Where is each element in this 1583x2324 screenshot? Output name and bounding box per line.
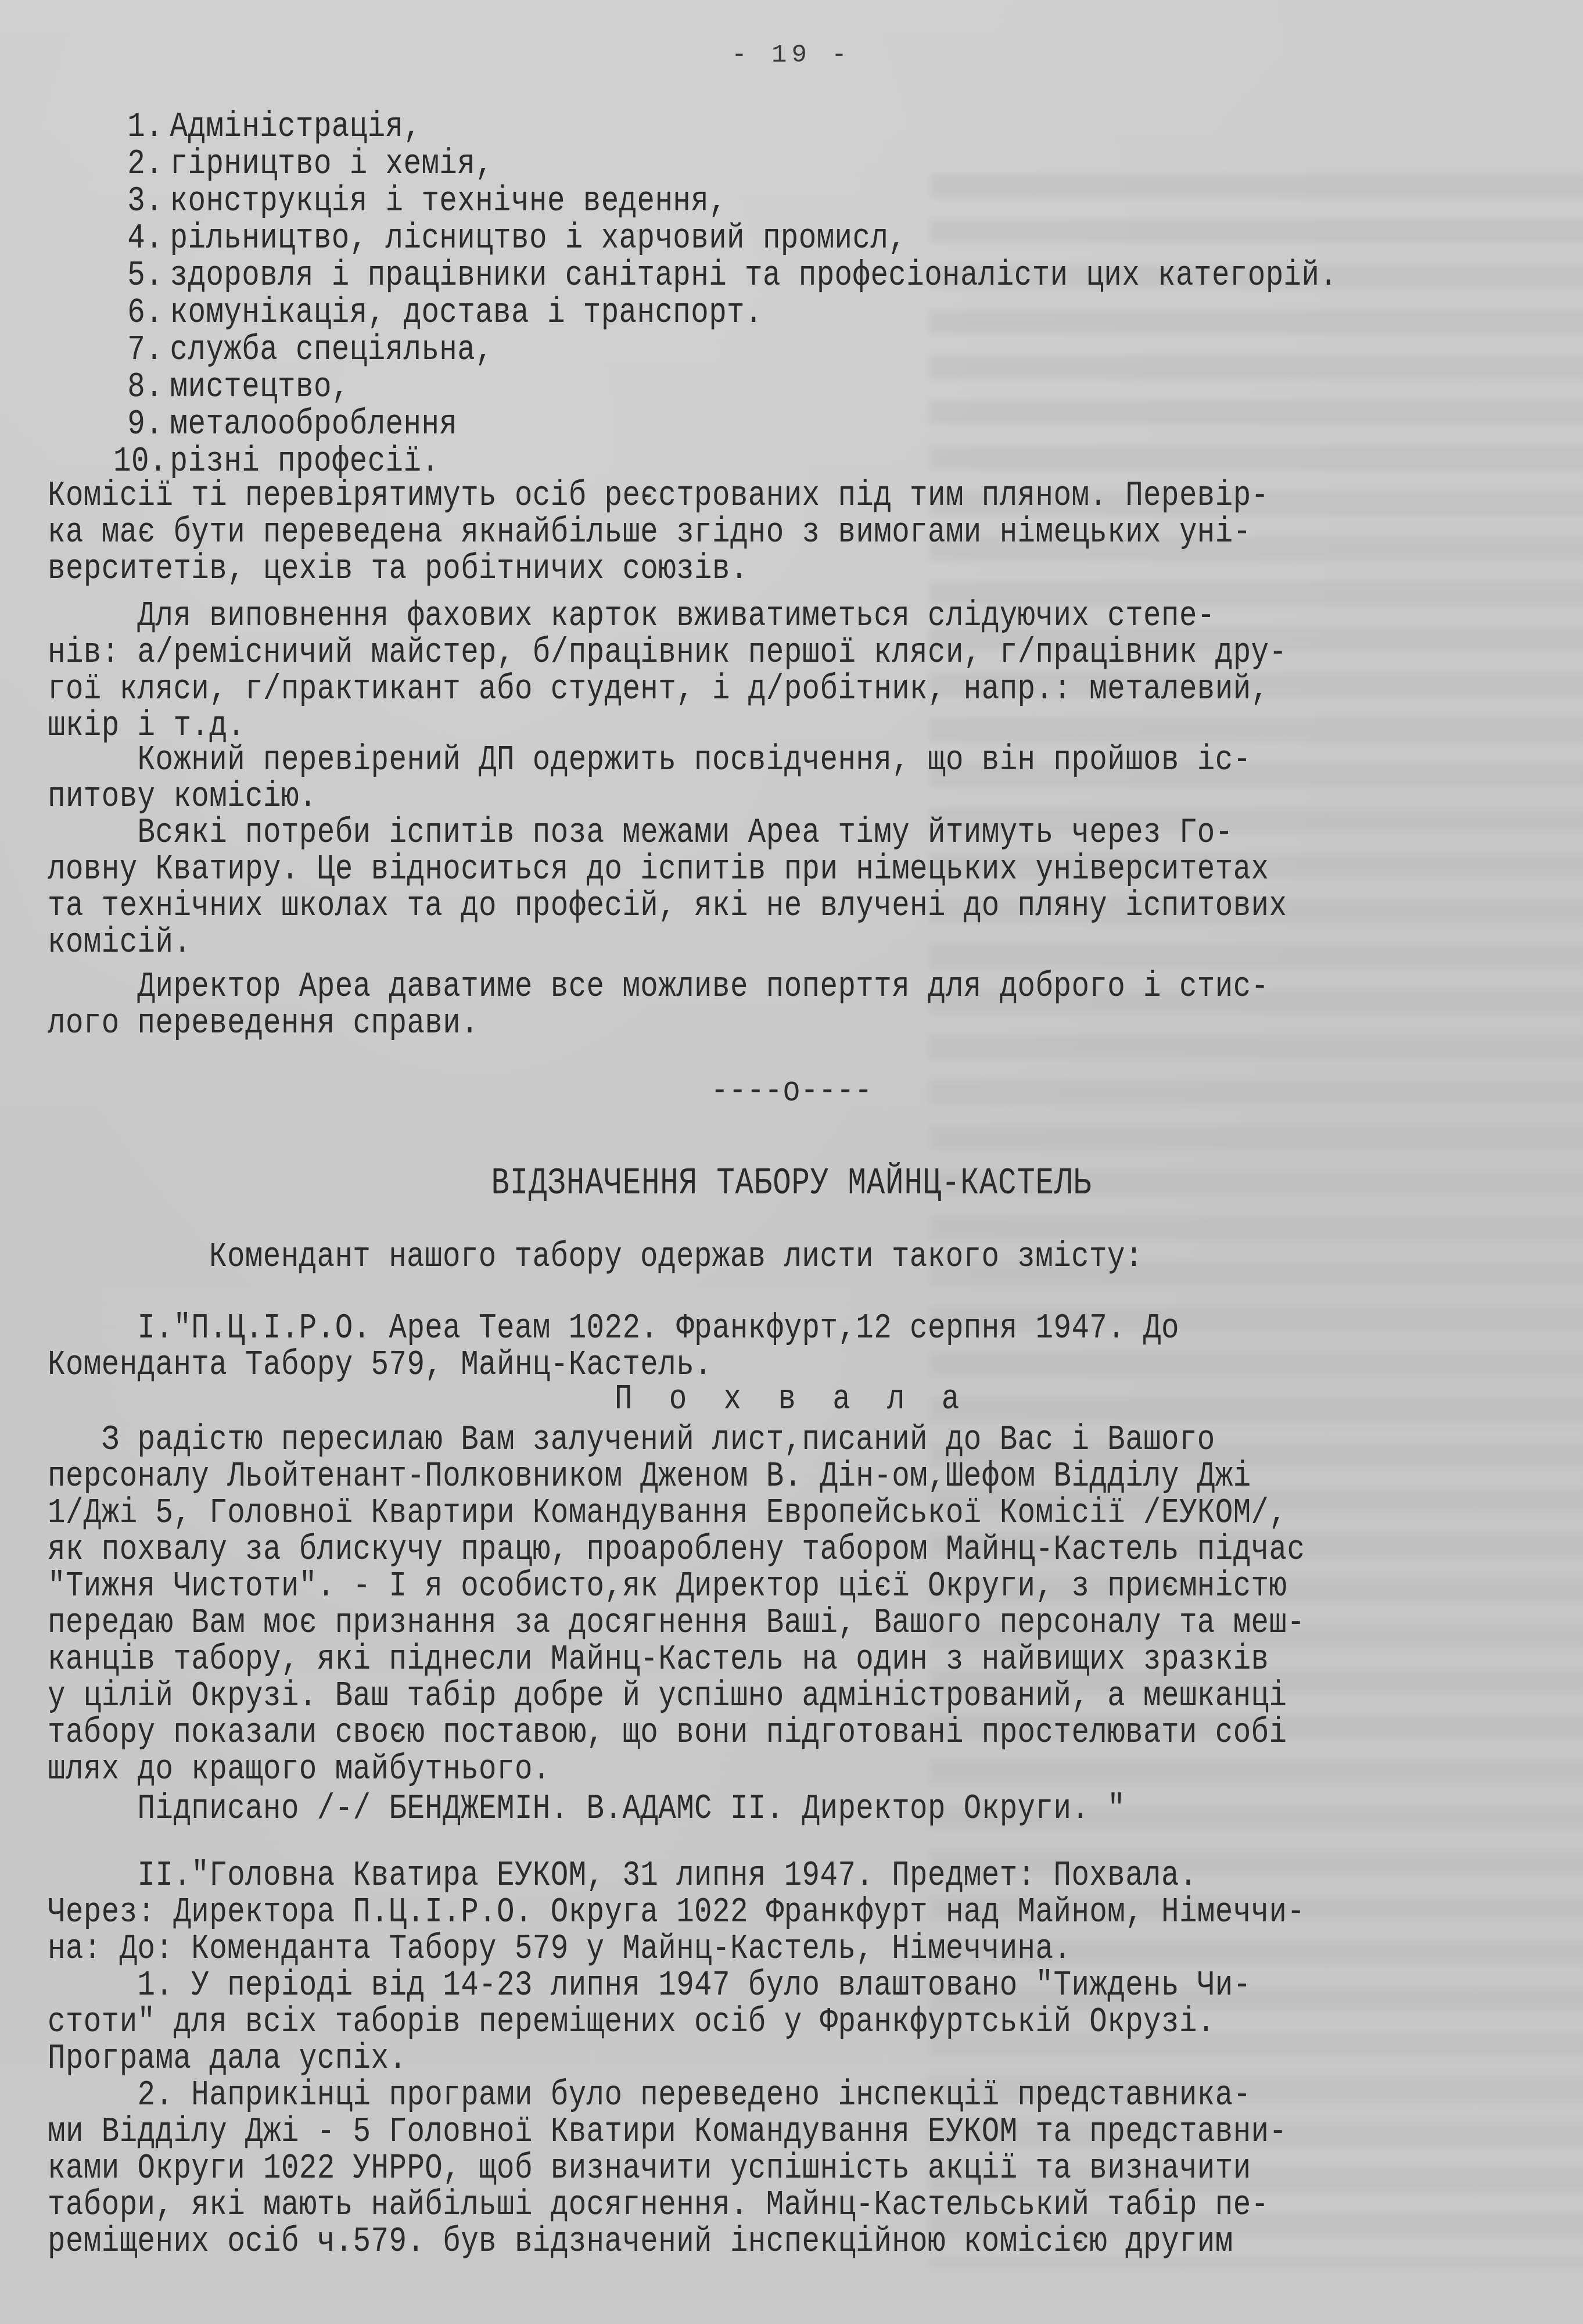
section-title-text: ВІДЗНАЧЕННЯ ТАБОРУ МАЙНЦ-КАСТЕЛЬ [491,1162,1092,1206]
separator-text: ----о---- [710,1069,872,1113]
list-text: мистецтво, [170,366,350,407]
list-text: конструкція і технічне ведення, [170,180,727,221]
section-separator: ----о---- [0,1069,1583,1113]
list-text: служба спеціяльна, [170,329,494,370]
intro-line: Комендант нашого табору одержав листи та… [209,1235,1143,1279]
list-text: здоровля і працівники санітарні та профе… [170,254,1338,296]
text-line: верситетів, цехів та робітничих союзів. [48,547,748,591]
list-text: Адміністрація, [170,106,422,147]
section-title: ВІДЗНАЧЕННЯ ТАБОРУ МАЙНЦ-КАСТЕЛЬ [0,1162,1583,1206]
list-text: рільництво, лісництво і харчовий промисл… [170,217,907,259]
text-line: шлях до кращого майбутнього. [48,1747,551,1791]
letter-subject-text: П о х в а л а [615,1377,969,1421]
document-page: - 19 - 1.Адміністрація, 2.гірництво і хе… [0,0,1583,2324]
list-text: гірництво і хемія, [170,143,494,184]
text-line: лого переведення справи. [48,1001,479,1045]
list-text: металооброблення [170,403,458,444]
text-line: реміщених осіб ч.579. був відзначений ін… [48,2219,1233,2264]
list-text: комунікація, достава і транспорт. [170,292,763,333]
text-line: комісій. [48,920,191,964]
letter-subject: П о х в а л а [0,1377,1583,1421]
letter-signature: Підписано /-/ БЕНДЖЕМІН. В.АДАМС ІІ. Дир… [48,1787,1125,1831]
text-line: та технічних школах та до професій, які … [48,884,1287,928]
page-number: - 19 - [0,41,1583,70]
